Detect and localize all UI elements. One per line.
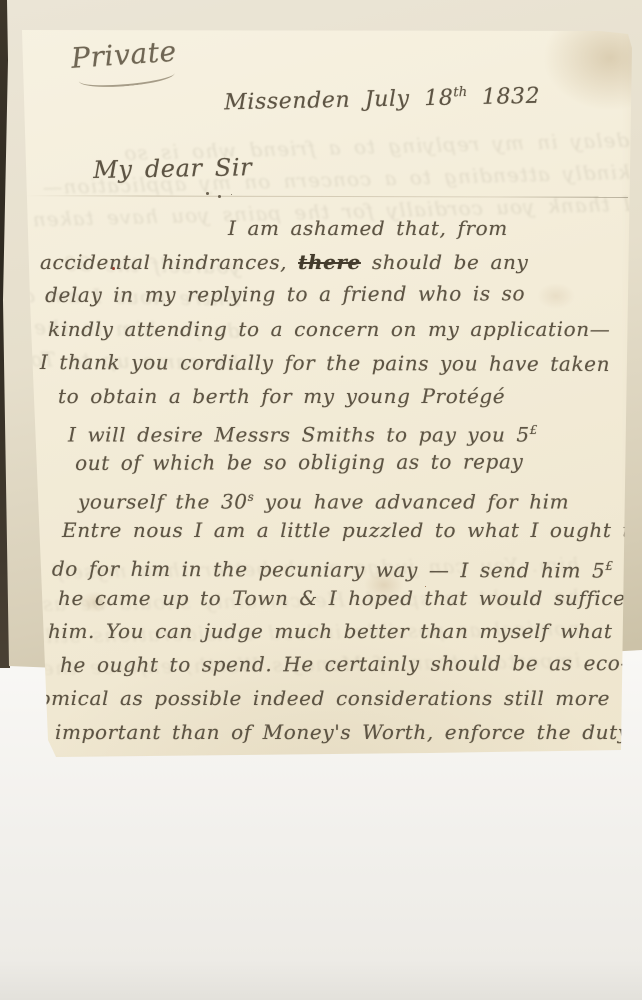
letter-line-pre: out of which be so obliging as to repay — [75, 450, 523, 476]
letter-line-pre: him. You can judge much better than myse… — [48, 619, 612, 643]
letter-line: he came up to Town & I hoped that would … — [58, 582, 642, 616]
letter-line-pre: important than of Money's Worth, enforce… — [55, 720, 630, 744]
letter-line-pre: accidental hindrances, — [40, 250, 298, 274]
letter-line: yourself the 30s you have advanced for h… — [78, 481, 642, 515]
letter-line-sup: £ — [530, 423, 538, 437]
letter-line: do for him in the pecuniary way — I send… — [52, 548, 642, 584]
photograph-of-handwritten-letter: delay in my replying to a friend who is … — [0, 0, 642, 1000]
letter-line-pre: nomical as possible indeed consideration… — [25, 686, 610, 710]
letter-line-post: should be any — [361, 250, 528, 274]
letter-line-sup: £ — [605, 559, 613, 573]
dateline-ordinal: th — [453, 85, 467, 100]
ink-dots — [206, 192, 209, 195]
letter-line-pre: I will desire Messrs Smiths to pay you 5 — [68, 422, 530, 446]
letter-line: kindly attending to a concern on my appl… — [48, 313, 642, 347]
letter-line-pre: Entre nous I am a little puzzled to what… — [62, 518, 642, 542]
letter-line: he ought to spend. He certainly should b… — [60, 647, 642, 683]
letter-line: I will desire Messrs Smiths to pay you 5… — [68, 414, 642, 448]
dateline-year: 1832 — [467, 84, 540, 111]
letter-sheet: delay in my replying to a friend who is … — [0, 0, 642, 775]
letter-line-post: you have advanced for him — [254, 489, 569, 513]
letter-line-pre: do for him in the pecuniary way — I send… — [52, 557, 606, 583]
letter-line: Entre nous I am a little puzzled to what… — [62, 514, 642, 548]
letter-line-strike: there — [298, 250, 361, 274]
letter-line-pre: delay in my replying to a friend who is … — [45, 282, 525, 308]
letter-line: I thank you cordially for the pains you … — [40, 346, 642, 382]
letter-line: him. You can judge much better than myse… — [48, 615, 642, 649]
letter-line-pre: to obtain a berth for my young Protégé — [58, 384, 505, 408]
letter-line-pre: he ought to spend. He certainly should b… — [60, 651, 628, 677]
letter-line-pre: kindly attending to a concern on my appl… — [48, 317, 610, 341]
letter-body: I am ashamed that, fromaccidental hindra… — [38, 212, 642, 750]
letter-line-pre: I thank you cordially for the pains you … — [40, 350, 610, 376]
letter-line-pre: yourself the 30 — [78, 489, 248, 513]
letter-line: delay in my replying to a friend who is … — [45, 277, 642, 313]
letter-line: I am ashamed that, from — [228, 212, 642, 246]
dateline-place-day: Missenden July 18 — [224, 86, 454, 116]
letter-line-pre: he came up to Town & I hoped that would … — [58, 586, 642, 610]
dateline: Missenden July 18th 1832 — [224, 83, 540, 115]
letter-line: out of which be so obliging as to repay — [75, 445, 642, 481]
letter-line: important than of Money's Worth, enforce… — [55, 716, 642, 750]
salutation: My dear Sir — [93, 153, 252, 184]
private-annotation: Private — [70, 35, 178, 75]
letter-line: accidental hindrances, there should be a… — [40, 246, 642, 280]
letter-line-pre: I am ashamed that, from — [228, 216, 508, 240]
letter-line: nomical as possible indeed consideration… — [25, 682, 642, 716]
fold-crease — [24, 195, 628, 198]
letter-line: to obtain a berth for my young Protégé — [58, 380, 642, 414]
